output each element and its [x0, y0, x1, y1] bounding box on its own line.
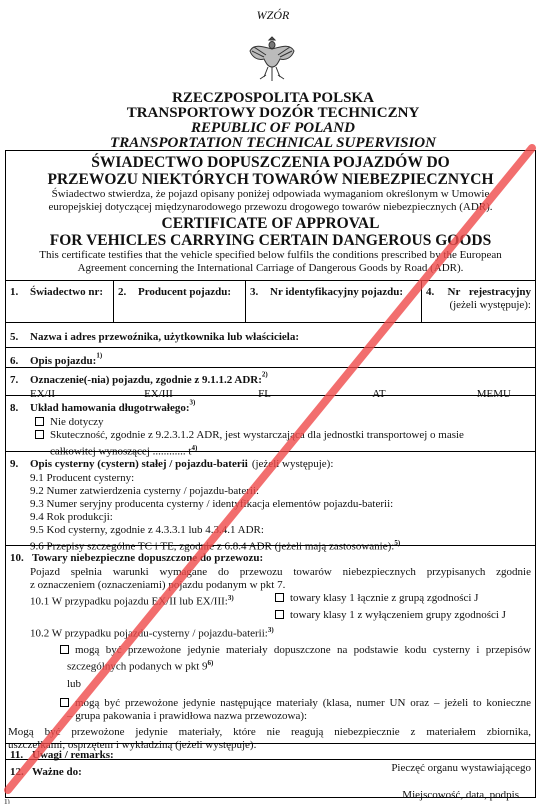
issuing-authority-stamp-label: Pieczęć organu wystawiającego: [391, 762, 531, 780]
header-country-pl: RZECZPOSPOLITA POLSKA: [0, 90, 546, 106]
option-listed-materials-line1: mogą być przewożone jedynie następujące …: [75, 697, 531, 709]
polish-eagle-emblem-icon: [246, 33, 298, 85]
title-pl-line1: ŚWIADECTWO DOPUSZCZENIA POJAZDÓW DO: [6, 154, 535, 171]
field-registration-number[interactable]: 4.Nr rejestracyjny (jeżeli występuje):: [421, 281, 535, 322]
field-endurance-braking-label: Układ hamowania długotrwałego:: [30, 402, 190, 414]
option-class1-without-group-j: towary klasy 1 z wyłączeniem grupy zgodn…: [290, 609, 506, 621]
field-registration-note: (jeżeli występuje):: [426, 299, 531, 312]
field-tank-description: 9.Opis cysterny (cystern) stałej / pojaz…: [6, 451, 535, 545]
closing-note-line1: Mogą być przewożone jedynie materiały, k…: [8, 726, 531, 739]
field-dangerous-goods-permitted: 10.Towary niebezpieczne dopuszczone do p…: [6, 545, 535, 743]
title-en-desc-line1: This certificate testifies that the vehi…: [6, 249, 535, 262]
field-vehicle-description-label: Opis pojazdu:: [30, 355, 96, 367]
field-remarks[interactable]: 11.Uwagi / remarks:: [6, 743, 535, 759]
header-agency-pl: TRANSPORTOWY DOZÓR TECHNICZNY: [0, 105, 546, 121]
title-pl-desc-line2: europejskiej dotyczącej międzynarodowego…: [6, 201, 535, 214]
field-carrier-label: Nazwa i adres przewoźnika, użytkownika l…: [30, 331, 299, 343]
field-certificate-number-label: Świadectwo nr:: [30, 286, 103, 298]
section-10-1-label: 10.1 W przypadku pojazdu EX/II lub EX/II…: [30, 596, 228, 608]
tank-item[interactable]: 9.5 Kod cysterny, zgodnie z 4.3.3.1 lub …: [10, 524, 531, 537]
field-vehicle-manufacturer-label: Producent pojazdu:: [138, 286, 231, 298]
dangerous-goods-intro-line2: z oznaczeniem (oznaczeniami) pojazdu pod…: [10, 579, 531, 592]
watermark-label: WZÓR: [0, 8, 546, 23]
field-vehicle-description[interactable]: 6.Opis pojazdu:1): [6, 347, 535, 367]
field-registration-number-label: Nr rejestracyjny: [448, 286, 531, 299]
header-agency-en: TRANSPORTATION TECHNICAL SUPERVISION: [0, 135, 546, 151]
or-label: lub: [10, 678, 531, 691]
title-en-desc-line2: Agreement concerning the International C…: [6, 262, 535, 275]
checkbox-not-applicable[interactable]: [35, 417, 44, 426]
certificate-form: ŚWIADECTWO DOPUSZCZENIA POJAZDÓW DO PRZE…: [5, 150, 536, 798]
title-en-line2: FOR VEHICLES CARRYING CERTAIN DANGEROUS …: [6, 232, 535, 249]
field-vehicle-designation: 7.Oznaczenie(-nia) pojazdu, zgodnie z 9.…: [6, 367, 535, 395]
field-carrier-name-address[interactable]: 5.Nazwa i adres przewoźnika, użytkownika…: [6, 322, 535, 347]
field-valid-until[interactable]: 12.Ważne do: Pieczęć organu wystawiające…: [6, 759, 535, 797]
field-tank-description-label: Opis cysterny (cystern) stałej / pojazdu…: [30, 458, 248, 470]
field-valid-until-label: Ważne do:: [32, 766, 82, 778]
field-endurance-braking: 8.Układ hamowania długotrwałego:3) Nie d…: [6, 395, 535, 451]
option-braking-effectiveness-line1: Skuteczność, zgodnie z 9.2.3.1.2 ADR, je…: [50, 429, 464, 441]
option-tank-code-materials-line2: szczególnych podanych w pkt 9: [67, 661, 208, 673]
section-10-2-label: 10.2 W przypadku pojazdu-cysterny / poja…: [30, 627, 268, 639]
title-en-line1: CERTIFICATE OF APPROVAL: [6, 215, 535, 232]
fields-1-4-row: 1.Świadectwo nr: 2.Producent pojazdu: 3.…: [6, 280, 535, 322]
option-tank-code-materials-line1: mogą być przewożone jedynie materiały do…: [75, 644, 531, 656]
tank-item[interactable]: 9.3 Numer seryjny producenta cysterny / …: [10, 498, 531, 511]
certificate-title-block: ŚWIADECTWO DOPUSZCZENIA POJAZDÓW DO PRZE…: [6, 151, 535, 280]
field-vehicle-manufacturer[interactable]: 2.Producent pojazdu:: [113, 281, 245, 322]
field-dangerous-goods-label: Towary niebezpieczne dopuszczone do prze…: [32, 552, 263, 564]
footnote-marker: 1): [4, 798, 544, 804]
option-not-applicable: Nie dotyczy: [50, 416, 103, 428]
checkbox-tank-code-materials[interactable]: [60, 645, 69, 654]
checkbox-listed-materials[interactable]: [60, 698, 69, 707]
option-listed-materials-line2: – grupa pakowania i prawidłowa nazwa prz…: [67, 710, 307, 722]
header-country-en: REPUBLIC OF POLAND: [0, 120, 546, 136]
dangerous-goods-intro-line1: Pojazd spełnia warunki wymagane do przew…: [10, 566, 531, 579]
checkbox-braking-effectiveness[interactable]: [35, 430, 44, 439]
field-vehicle-designation-label: Oznaczenie(-nia) pojazdu, zgodnie z 9.1.…: [30, 374, 262, 386]
tank-item[interactable]: 9.1 Producent cysterny:: [10, 472, 531, 485]
title-pl-line2: PRZEWOZU NIEKTÓRYCH TOWARÓW NIEBEZPIECZN…: [6, 171, 535, 188]
field-vehicle-id-number[interactable]: 3.Nr identyfikacyjny pojazdu:: [245, 281, 421, 322]
option-class1-with-group-j: towary klasy 1 łącznie z grupą zgodności…: [290, 592, 478, 604]
field-certificate-number[interactable]: 1.Świadectwo nr:: [6, 281, 113, 322]
tank-item[interactable]: 9.2 Numer zatwierdzenia cysterny / pojaz…: [10, 485, 531, 498]
tank-item[interactable]: 9.4 Rok produkcji:: [10, 511, 531, 524]
checkbox-class1-without-group-j[interactable]: [275, 610, 284, 619]
title-pl-desc-line1: Świadectwo stwierdza, że pojazd opisany …: [6, 188, 535, 201]
checkbox-class1-with-group-j[interactable]: [275, 593, 284, 602]
field-vehicle-id-number-label: Nr identyfikacyjny pojazdu:: [270, 286, 403, 298]
